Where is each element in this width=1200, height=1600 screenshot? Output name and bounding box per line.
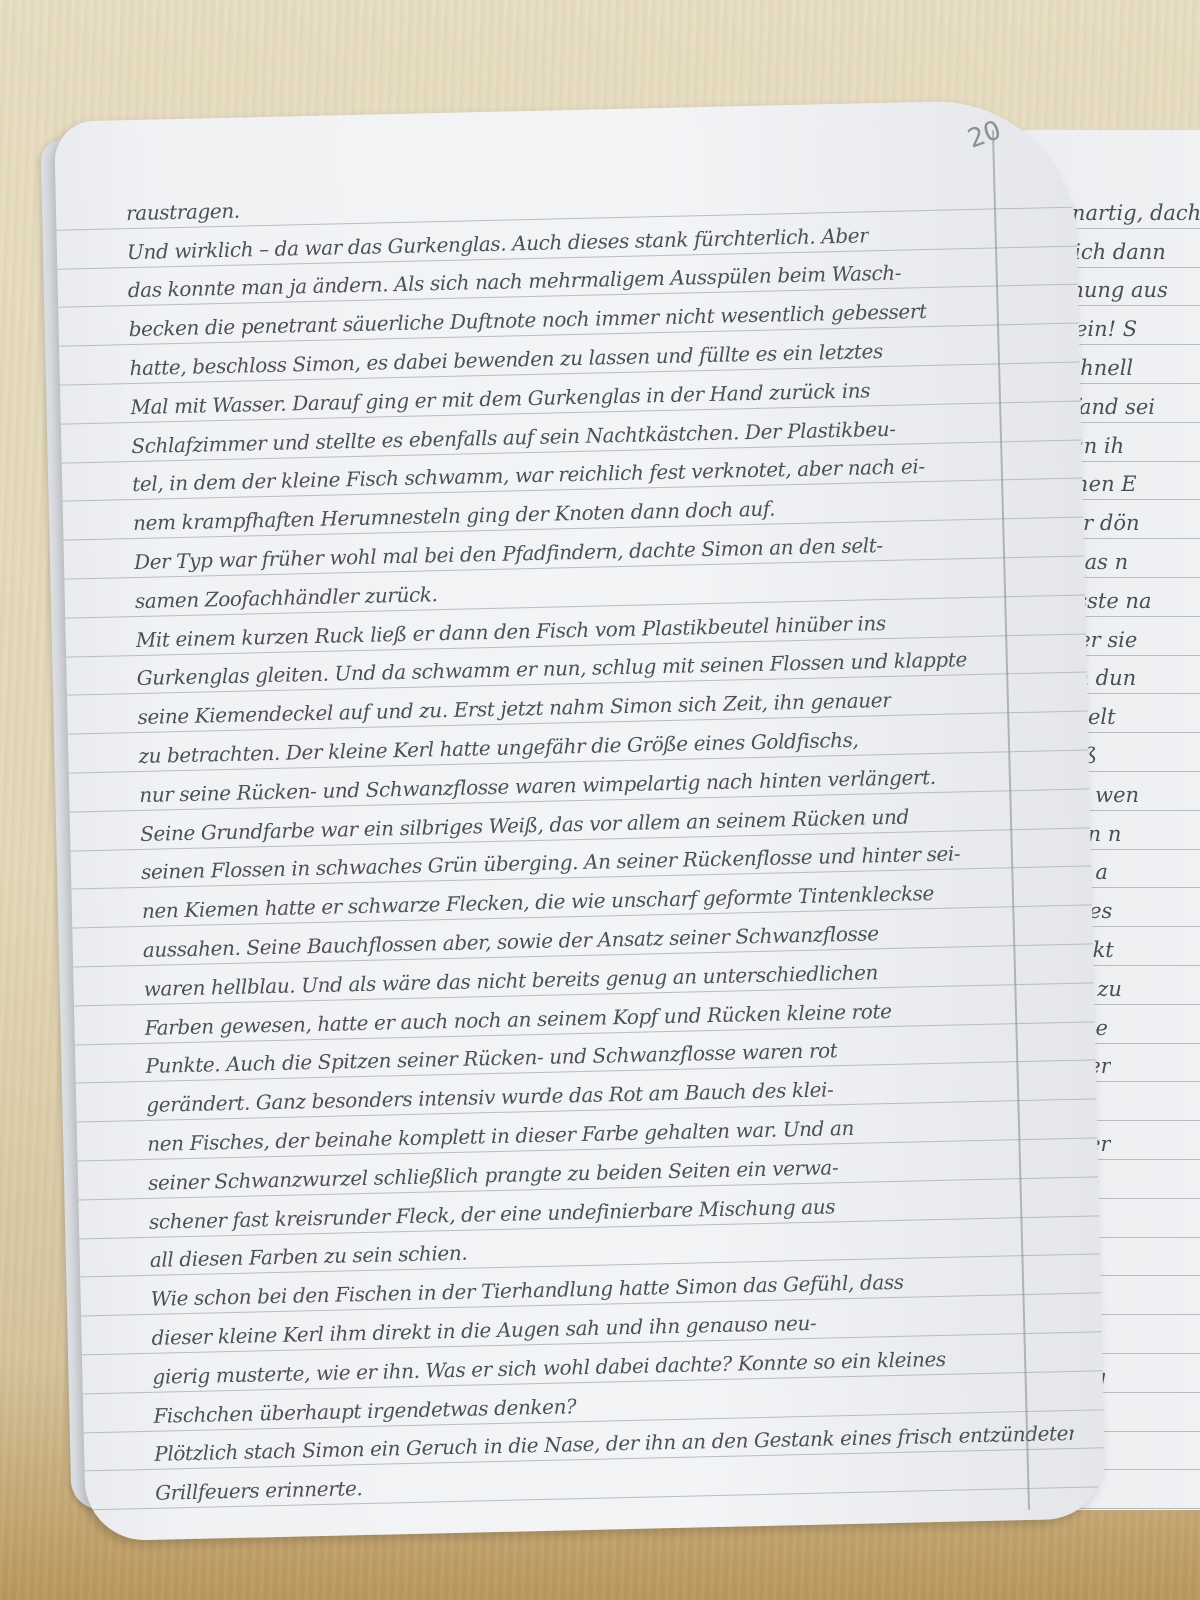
handwritten-line-text: raustragen. bbox=[126, 195, 240, 228]
handwritten-line-text: Grillfeuers erinnerte. bbox=[155, 1473, 363, 1508]
notebook: Eigenartig, dachAls sich dannWohnung aus… bbox=[0, 0, 1200, 1600]
left-page: raustragen.Und wirklich – da war das Gur… bbox=[54, 99, 1106, 1542]
left-page-lines: raustragen.Und wirklich – da war das Gur… bbox=[56, 169, 1106, 1542]
